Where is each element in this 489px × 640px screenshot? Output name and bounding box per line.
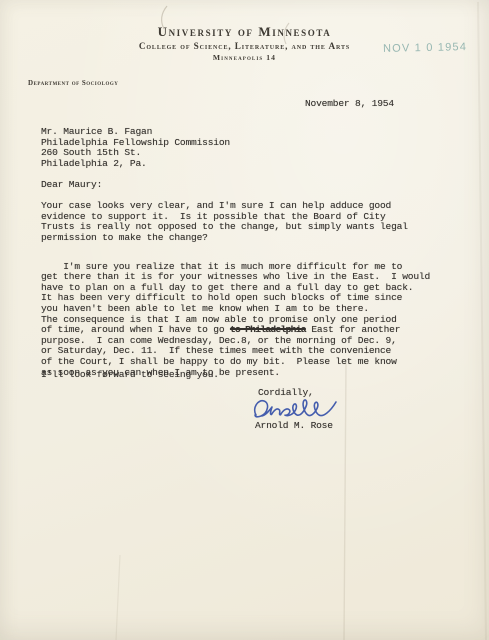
- strikethrough-text: to Philadelphia: [230, 324, 306, 335]
- body-paragraph-1: Your case looks very clear, and I'm sure…: [41, 201, 408, 243]
- letterhead-institution: University of Minnesota: [0, 24, 489, 40]
- letter-date: November 8, 1954: [305, 99, 394, 110]
- body-paragraph-3: I'll look forward to seeing you.: [41, 370, 219, 381]
- salutation: Dear Maury:: [41, 180, 102, 191]
- scanned-letter-page: University of Minnesota College of Scien…: [0, 0, 489, 640]
- recipient-address: Mr. Maurice B. Fagan Philadelphia Fellow…: [41, 127, 230, 169]
- typed-signature: Arnold M. Rose: [255, 421, 333, 432]
- letterhead-department: Department of Sociology: [28, 79, 118, 87]
- letterhead-city: Minneapolis 14: [0, 53, 489, 62]
- received-date-stamp: NOV 1 0 1954: [383, 41, 467, 55]
